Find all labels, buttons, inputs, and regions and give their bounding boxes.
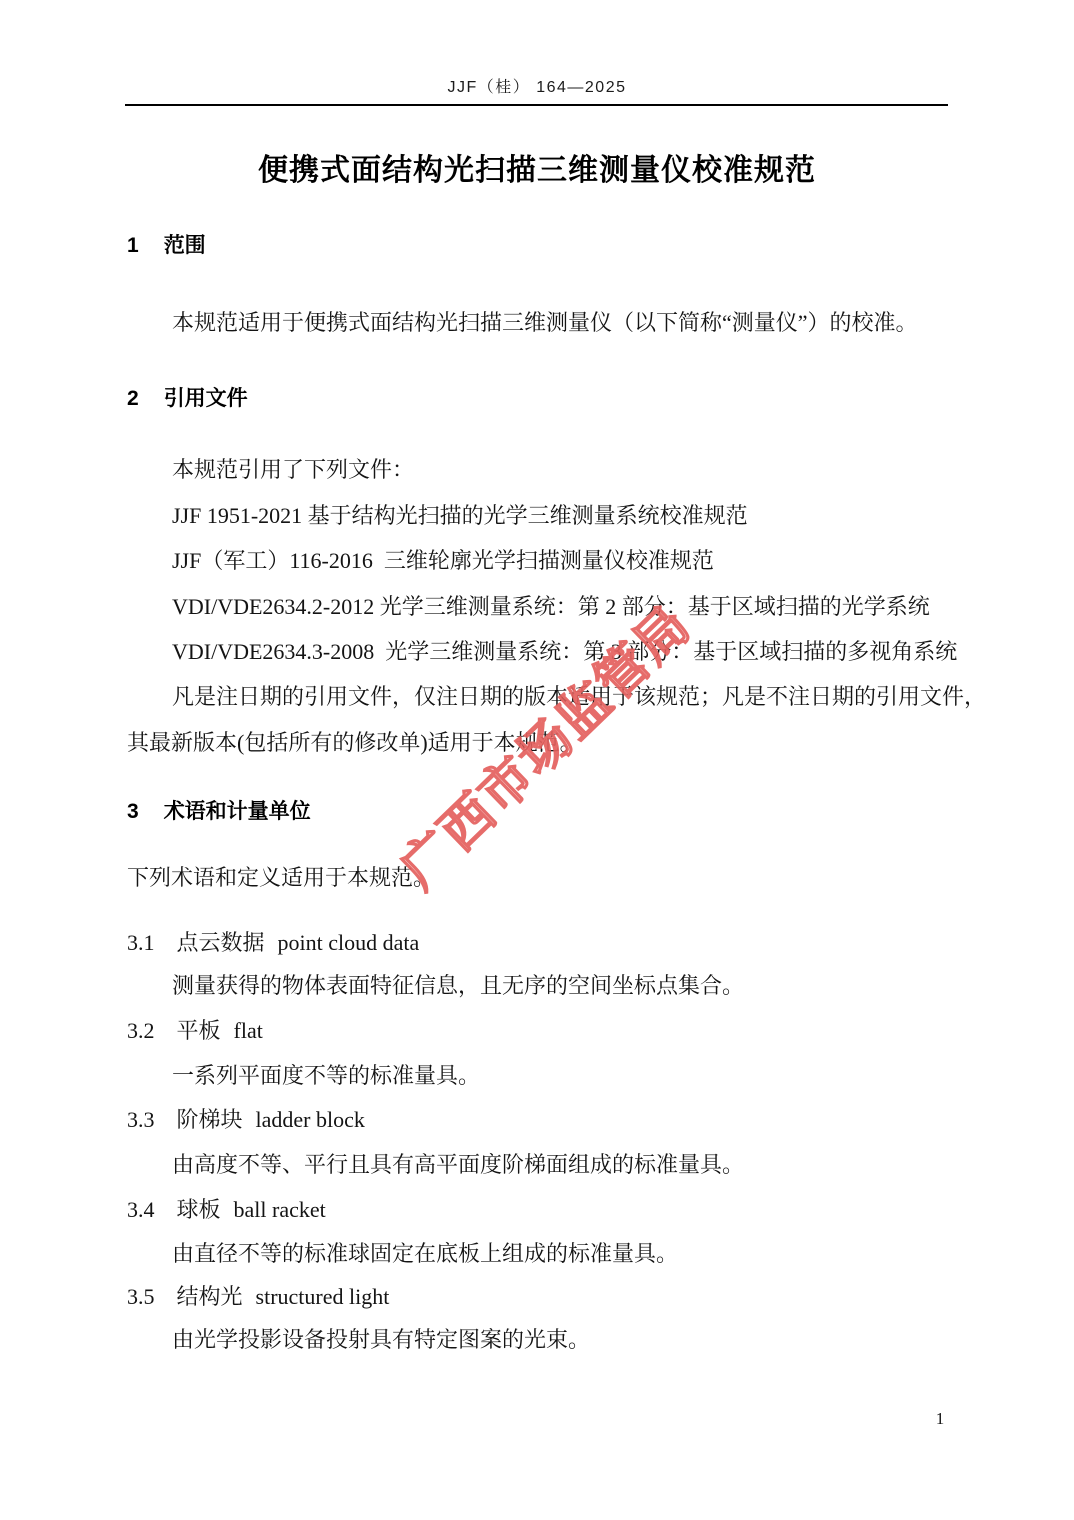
term-en: structured light bbox=[256, 1284, 390, 1309]
term-number: 3.4 bbox=[127, 1197, 155, 1222]
reference-item: JJF（军工）116-2016 三维轮廓光学扫描测量仪校准规范 bbox=[172, 546, 714, 576]
references-note-line-2: 其最新版本(包括所有的修改单)适用于本规范。 bbox=[127, 728, 582, 758]
term-3-5: 3.5结构光structured light bbox=[127, 1282, 389, 1312]
term-definition: 由高度不等、平行且具有高平面度阶梯面组成的标准量具。 bbox=[172, 1150, 744, 1180]
term-en: point cloud data bbox=[278, 930, 420, 955]
section-2-title: 引用文件 bbox=[164, 385, 248, 413]
section-1-heading: 1 范围 bbox=[127, 232, 206, 260]
term-definition: 一系列平面度不等的标准量具。 bbox=[172, 1061, 480, 1091]
header-doc-code: JJF（桂） 164—2025 bbox=[0, 76, 1074, 100]
term-number: 3.1 bbox=[127, 930, 155, 955]
reference-item: VDI/VDE2634.3-2008 光学三维测量系统：第 3 部分：基于区域扫… bbox=[172, 637, 957, 667]
references-intro: 本规范引用了下列文件： bbox=[172, 455, 414, 485]
section-1-title: 范围 bbox=[164, 232, 206, 260]
page-number: 1 bbox=[930, 1407, 950, 1431]
document-page: JJF（桂） 164—2025 便携式面结构光扫描三维测量仪校准规范 1 范围 … bbox=[0, 0, 1074, 1520]
references-note-line-1: 凡是注日期的引用文件，仅注日期的版本适用于该规范；凡是不注日期的引用文件， bbox=[172, 682, 986, 712]
term-3-3: 3.3阶梯块ladder block bbox=[127, 1105, 365, 1135]
section-3-title: 术语和计量单位 bbox=[164, 798, 311, 826]
scope-paragraph: 本规范适用于便携式面结构光扫描三维测量仪（以下简称“测量仪”）的校准。 bbox=[172, 308, 918, 338]
terms-intro: 下列术语和定义适用于本规范。 bbox=[127, 863, 435, 893]
term-3-1: 3.1点云数据point cloud data bbox=[127, 928, 419, 958]
section-3-heading: 3 术语和计量单位 bbox=[127, 798, 311, 826]
term-en: ball racket bbox=[234, 1197, 326, 1222]
term-number: 3.5 bbox=[127, 1284, 155, 1309]
section-1-number: 1 bbox=[127, 232, 139, 260]
term-zh: 点云数据 bbox=[177, 930, 265, 955]
term-zh: 平板 bbox=[177, 1018, 221, 1043]
term-definition: 测量获得的物体表面特征信息，且无序的空间坐标点集合。 bbox=[172, 971, 744, 1001]
term-zh: 结构光 bbox=[177, 1284, 243, 1309]
term-zh: 阶梯块 bbox=[177, 1107, 243, 1132]
term-definition: 由光学投影设备投射具有特定图案的光束。 bbox=[172, 1325, 590, 1355]
document-title: 便携式面结构光扫描三维测量仪校准规范 bbox=[0, 150, 1074, 192]
reference-item: JJF 1951-2021 基于结构光扫描的光学三维测量系统校准规范 bbox=[172, 501, 748, 531]
term-en: ladder block bbox=[256, 1107, 365, 1132]
term-zh: 球板 bbox=[177, 1197, 221, 1222]
header-rule bbox=[125, 104, 948, 106]
term-number: 3.2 bbox=[127, 1018, 155, 1043]
section-3-number: 3 bbox=[127, 798, 139, 826]
term-number: 3.3 bbox=[127, 1107, 155, 1132]
reference-item: VDI/VDE2634.2-2012 光学三维测量系统：第 2 部分：基于区域扫… bbox=[172, 592, 930, 622]
term-definition: 由直径不等的标准球固定在底板上组成的标准量具。 bbox=[172, 1239, 678, 1269]
section-2-heading: 2 引用文件 bbox=[127, 385, 248, 413]
term-3-2: 3.2平板flat bbox=[127, 1016, 263, 1046]
term-3-4: 3.4球板ball racket bbox=[127, 1195, 326, 1225]
term-en: flat bbox=[234, 1018, 263, 1043]
section-2-number: 2 bbox=[127, 385, 139, 413]
